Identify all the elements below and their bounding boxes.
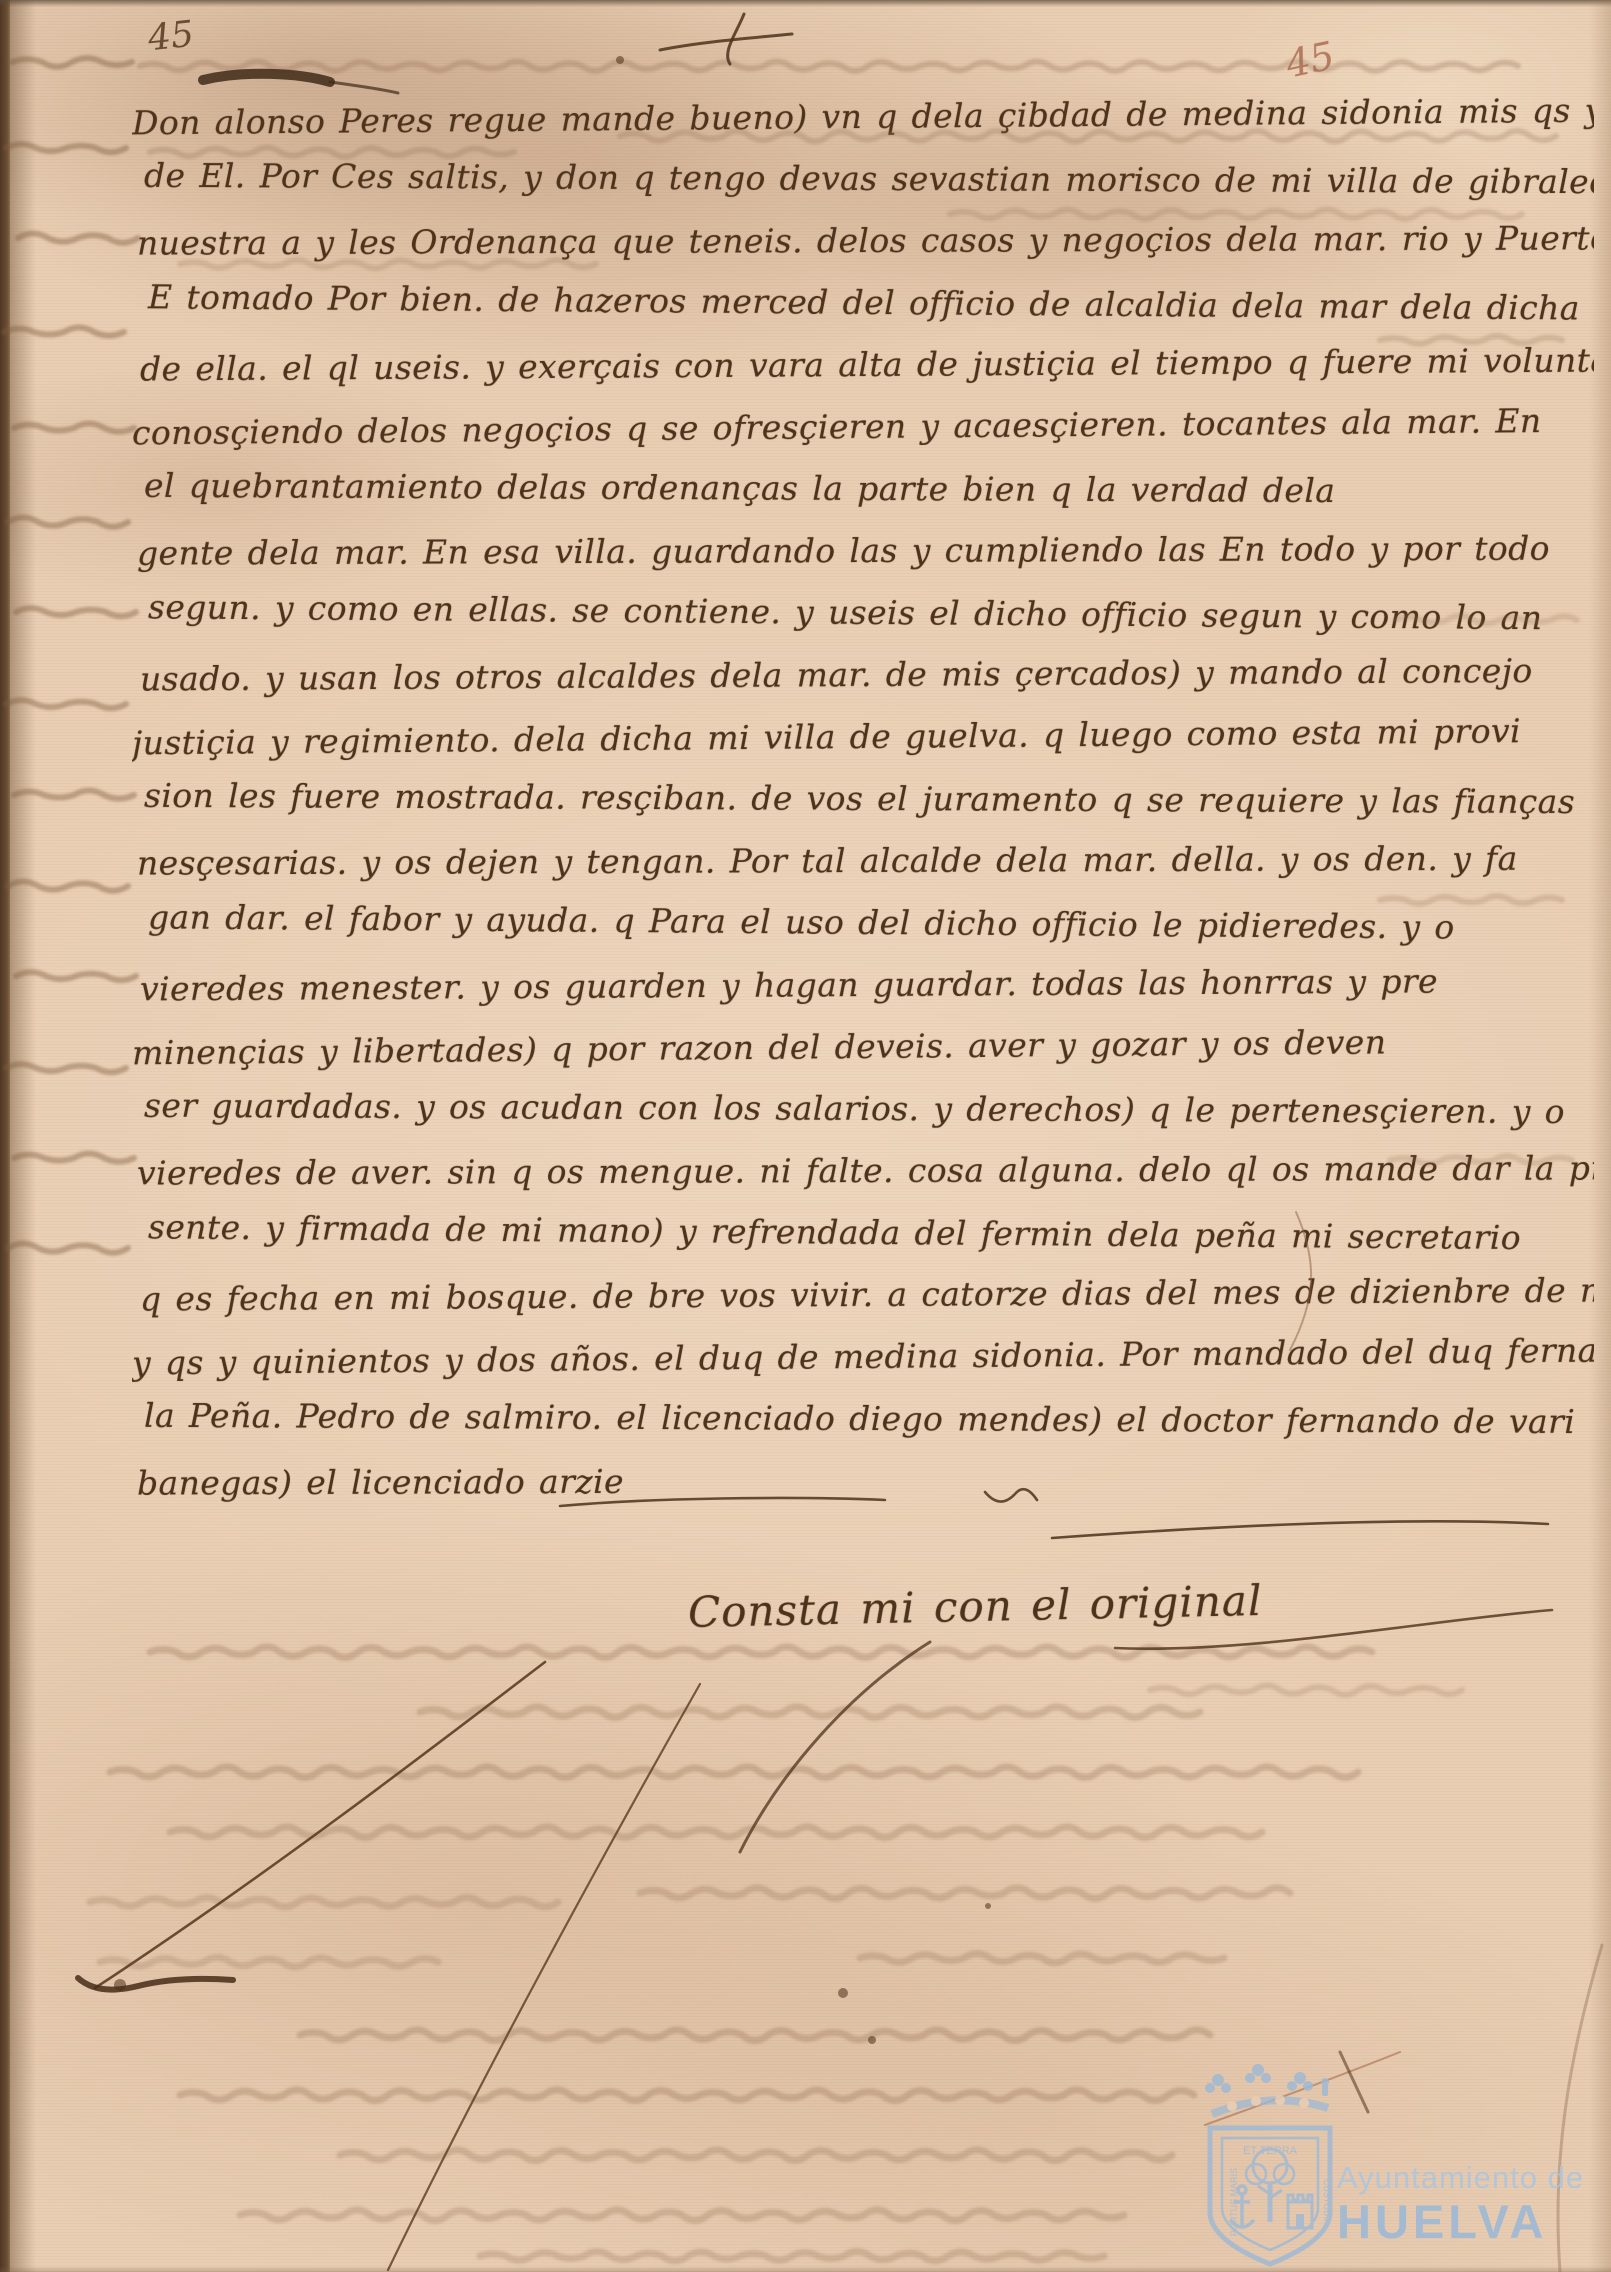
manuscript-line: ser guardadas. y os acudan con los salar… [144, 1075, 1594, 1143]
shield-motto-top: ET TERRA [1243, 2145, 1298, 2157]
tower-emblem [1288, 2195, 1312, 2228]
folio-number-right: 45 [1282, 33, 1338, 86]
manuscript-line: segun. y como en ellas. se contiene. y u… [148, 576, 1594, 649]
manuscript-line: vieredes menester. y os guarden y hagan … [140, 950, 1594, 1021]
manuscript-line: Don alonso Peres regue mande bueno) vn q… [132, 86, 1594, 154]
manuscript-line: conosçiendo delos negoçios q se ofresçie… [132, 390, 1594, 465]
manuscript-line: de El. Por Ces saltis, y don q tengo dev… [144, 145, 1594, 213]
manuscript-line: justiçia y regimiento. dela dicha mi vil… [132, 700, 1594, 775]
manuscript-line: nesçesarias. y os dejen y tengan. Por ta… [137, 827, 1594, 894]
manuscript-line: usado. y usan los otros alcaldes dela ma… [140, 640, 1594, 711]
manuscript-line: E tomado Por bien. de hazeros merced del… [148, 266, 1594, 339]
page-bottom-edge [0, 2266, 1611, 2272]
book-gutter-edge [0, 0, 10, 2272]
anchor-emblem [1230, 2186, 1254, 2228]
manuscript-line: la Peña. Pedro de salmiro. el licenciado… [144, 1385, 1594, 1453]
manuscript-line: gente dela mar. En esa villa. guardando … [137, 517, 1594, 584]
shield-motto-right: CUSTODIA [1322, 2179, 1332, 2225]
certification-line: Consta mi con el original [688, 1576, 1263, 1637]
gutter-shadow [10, 0, 36, 2272]
manuscript-line: sion les fuere mostrada. resçiban. de vo… [144, 765, 1594, 833]
manuscript-line: sente. y firmada de mi mano) y refrendad… [148, 1196, 1594, 1269]
manuscript-line: minençias y libertades) q por razon del … [132, 1010, 1594, 1085]
manuscript-line: gan dar. el fabor y ayuda. q Para el uso… [148, 886, 1594, 959]
manuscript-line: banegas) el licenciado arzie [137, 1447, 1594, 1512]
manuscript-line: q es fecha en mi bosque. de bre vos vivi… [140, 1260, 1594, 1331]
watermark-city-name: HUELVA [1337, 2194, 1547, 2249]
huelva-coat-of-arms-icon: ET TERRA PORTUS MARIS CUSTODIA [1196, 2062, 1346, 2272]
manuscript-line: de ella. el ql useis. y exerçais con var… [140, 330, 1594, 401]
folio-number-left: 45 [146, 14, 196, 60]
watermark-org-name: Ayuntamiento de [1337, 2160, 1584, 2196]
manuscript-page: 45 45 Don alonso Peres regue mande bueno… [0, 0, 1611, 2272]
crown-trefoils [1205, 2064, 1329, 2096]
manuscript-line: nuestra a y les Ordenança que teneis. de… [137, 207, 1594, 274]
shield-motto-left: PORTUS MARIS [1229, 2168, 1239, 2236]
manuscript-line: el quebrantamiento delas ordenanças la p… [144, 455, 1594, 523]
page-top-edge [0, 0, 1611, 7]
manuscript-line: vieredes de aver. sin q os mengue. ni fa… [137, 1137, 1594, 1204]
manuscript-line: y qs y quinientos y dos años. el duq de … [132, 1320, 1594, 1395]
manuscript-text-block: Don alonso Peres regue mande bueno) vn q… [132, 86, 1594, 1512]
tree-emblem [1246, 2149, 1294, 2222]
